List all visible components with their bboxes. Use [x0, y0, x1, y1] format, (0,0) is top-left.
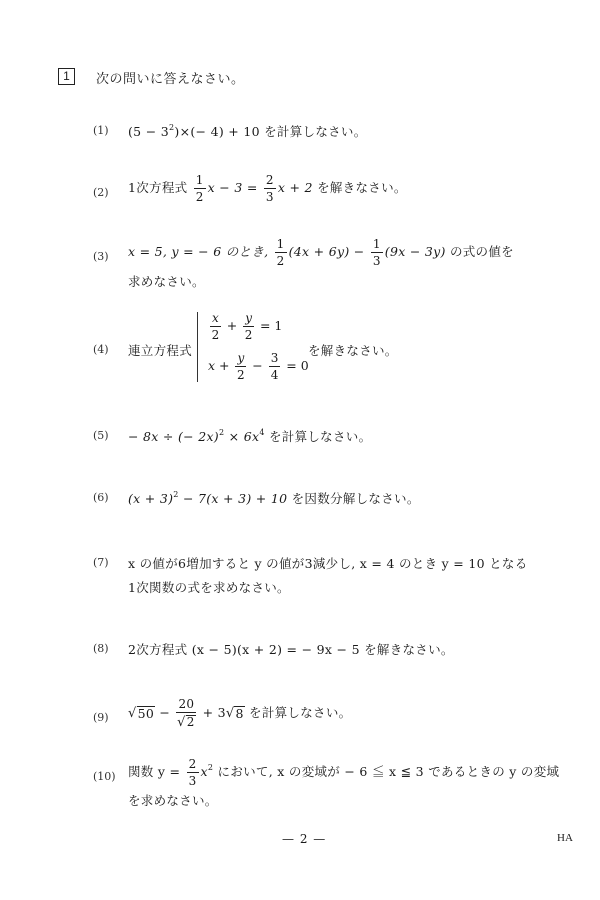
question-label-8: (8): [93, 642, 109, 655]
q1-instruction: を計算しなさい。: [260, 124, 367, 139]
q3-fraction-1: 12: [275, 238, 287, 267]
q5-instruction: を計算しなさい。: [265, 429, 372, 444]
numerator: 1: [371, 238, 383, 253]
numerator: 1: [194, 174, 206, 189]
q2-fraction-1: 12: [194, 174, 206, 203]
numerator: 2: [264, 174, 276, 189]
q3-mid-2: (9x − 3y): [385, 244, 446, 259]
document-code: HA: [557, 832, 573, 844]
question-2: 1次方程式 12x − 3 = 23x + 2 を解きなさい。: [128, 174, 407, 203]
page-number: — 2 —: [282, 832, 326, 846]
sqrt-3: √8: [226, 706, 245, 721]
sqrt-icon: √: [226, 706, 235, 721]
eq2-rhs: = 0: [282, 358, 308, 373]
q9-op-2: + 3: [198, 705, 226, 720]
numerator: 3: [269, 352, 281, 367]
denominator: 4: [271, 367, 279, 381]
eq2-a: x +: [208, 358, 233, 373]
eq1-fraction-1: x2: [210, 312, 221, 341]
sqrt-icon: √: [128, 706, 137, 721]
question-9: √50 − 20√2 + 3√8 を計算しなさい。: [128, 698, 351, 729]
q2-fraction-2: 23: [264, 174, 276, 203]
q3-instruction: の式の値を: [446, 244, 514, 259]
question-label-6: (6): [93, 491, 109, 504]
question-5: − 8x ÷ (− 2x)2 × 6x4 を計算しなさい。: [128, 427, 371, 445]
question-3-line-2: 求めなさい。: [128, 272, 205, 290]
q10-fraction: 23: [187, 758, 199, 787]
eq2-fraction-2: 34: [269, 352, 281, 381]
q8-instruction: を解きなさい。: [360, 642, 454, 657]
radicand: 2: [186, 715, 196, 729]
eq2-op: −: [248, 358, 266, 373]
question-6: (x + 3)2 − 7(x + 3) + 10 を因数分解しなさい。: [128, 489, 420, 507]
question-4-instruction: を解きなさい。: [308, 341, 398, 359]
q2-instruction: を解きなさい。: [313, 180, 407, 195]
section-number-box: 1: [58, 68, 75, 85]
system-equation-2: x + y2 − 34 = 0: [208, 352, 309, 381]
q1-expr-b: )×(− 4) + 10: [174, 124, 259, 139]
q3-mid-1: (4x + 6y) −: [289, 244, 369, 259]
denominator: 2: [196, 189, 204, 203]
denominator: 3: [266, 189, 274, 203]
question-label-4: (4): [93, 343, 109, 356]
question-10-line-2: を求めなさい。: [128, 791, 218, 809]
q2-mid-1: x − 3 =: [208, 180, 262, 195]
question-label-5: (5): [93, 429, 109, 442]
q3-fraction-2: 13: [371, 238, 383, 267]
question-label-10: (10): [93, 770, 116, 783]
eq2-fraction-1: y2: [235, 352, 246, 381]
question-3: x = 5, y = − 6 のとき, 12(4x + 6y) − 13(9x …: [128, 238, 514, 267]
q5-expr-a: − 8x ÷ (− 2x): [128, 429, 219, 444]
q10-instruction: において, x の変域が − 6 ≦ x ≦ 3 であるときの y の変域: [213, 764, 559, 779]
question-label-3: (3): [93, 250, 109, 263]
system-equation-1: x2 + y2 = 1: [208, 312, 282, 341]
question-label-7: (7): [93, 556, 109, 569]
denominator: √2: [177, 713, 196, 729]
denominator: 3: [373, 253, 381, 267]
numerator: 20: [176, 698, 196, 713]
q10-pre: 関数 y =: [128, 764, 185, 779]
eq1-fraction-2: y2: [243, 312, 254, 341]
denominator: 2: [237, 367, 245, 381]
sqrt-2: √2: [177, 715, 196, 729]
eq1-op: +: [223, 318, 241, 333]
denominator: 2: [277, 253, 285, 267]
q6-expr-b: − 7(x + 3) + 10: [179, 491, 288, 506]
numerator: 1: [275, 238, 287, 253]
question-label-9: (9): [93, 711, 109, 724]
q3-pre: x = 5, y = − 6 のとき,: [128, 244, 273, 259]
question-4-pre: 連立方程式: [128, 341, 192, 359]
numerator: y: [235, 352, 246, 367]
question-label-1: (1): [93, 124, 109, 137]
question-10-line-1: 関数 y = 23x2 において, x の変域が − 6 ≦ x ≦ 3 である…: [128, 758, 559, 787]
q2-mid-2: x + 2: [278, 180, 313, 195]
numerator: x: [210, 312, 221, 327]
q6-instruction: を因数分解しなさい。: [287, 491, 419, 506]
question-7-line-2: 1次関数の式を求めなさい。: [128, 578, 290, 596]
question-label-2: (2): [93, 186, 109, 199]
q5-expr-b: × 6x: [224, 429, 259, 444]
q9-fraction: 20√2: [176, 698, 196, 729]
denominator: 2: [245, 327, 253, 341]
question-8: 2次方程式 (x − 5)(x + 2) = − 9x − 5 を解きなさい。: [128, 640, 454, 658]
q1-expr-a: (5 − 3: [128, 124, 169, 139]
denominator: 3: [189, 773, 197, 787]
denominator: 2: [212, 327, 220, 341]
numerator: 2: [187, 758, 199, 773]
q2-pre: 1次方程式: [128, 180, 192, 195]
question-1: (5 − 32)×(− 4) + 10 を計算しなさい。: [128, 122, 367, 140]
q9-op-1: −: [155, 705, 174, 720]
eq1-rhs: = 1: [256, 318, 282, 333]
q10-x: x: [201, 764, 208, 779]
q6-expr-a: (x + 3): [128, 491, 173, 506]
numerator: y: [243, 312, 254, 327]
sqrt-icon: √: [177, 716, 186, 729]
brace-icon: [197, 312, 204, 382]
q9-instruction: を計算しなさい。: [245, 705, 352, 720]
radicand: 8: [234, 706, 244, 721]
q8-expr: 2次方程式 (x − 5)(x + 2) = − 9x − 5: [128, 642, 360, 657]
sqrt-1: √50: [128, 706, 155, 721]
question-7-line-1: x の値が6増加すると y の値が3減少し, x = 4 のとき y = 10 …: [128, 554, 528, 572]
section-instruction: 次の問いに答えなさい。: [96, 68, 245, 87]
radicand: 50: [137, 706, 156, 721]
